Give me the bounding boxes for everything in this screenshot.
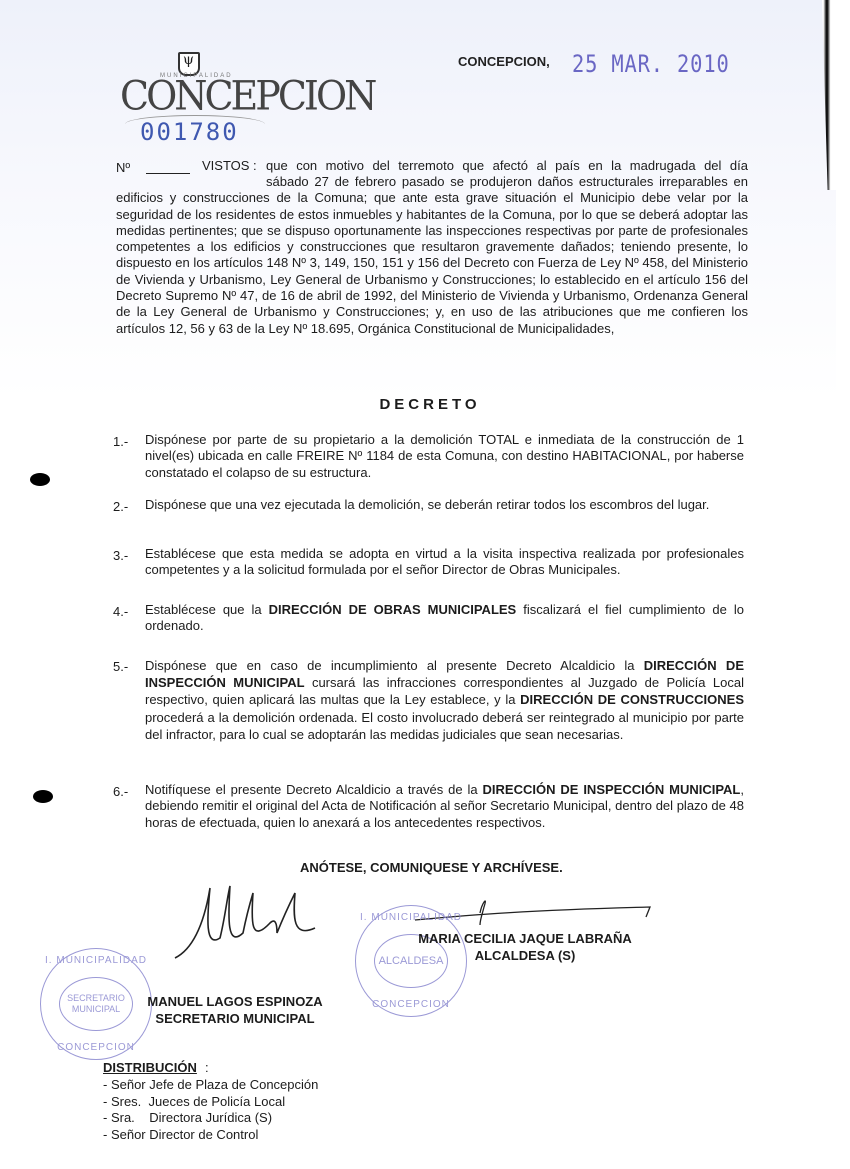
- mayor-block: MARIA CECILIA JAQUE LABRAÑA ALCALDESA (S…: [405, 930, 645, 964]
- decreto-item-text: Dispónese que en caso de incumplimiento …: [145, 657, 744, 743]
- seal-top-text: I. MUNICIPALIDAD: [356, 912, 466, 923]
- distribution-item: - Sres. Jueces de Policía Local: [103, 1094, 318, 1111]
- number-label: Nº: [116, 160, 130, 175]
- decreto-item-text: Establécese que esta medida se adopta en…: [145, 546, 744, 579]
- seal-top-text: I. MUNICIPALIDAD: [41, 955, 151, 966]
- date-stamp: 25 MAR. 2010: [572, 50, 730, 78]
- vistos-label: VISTOS :: [202, 158, 257, 173]
- mayor-name: MARIA CECILIA JAQUE LABRAÑA: [405, 930, 645, 947]
- decreto-title: DECRETO: [0, 396, 850, 413]
- hole-punch: [30, 473, 50, 486]
- document-number-stamp: 001780: [140, 118, 239, 146]
- decreto-item-text: Establécese que la DIRECCIÓN DE OBRAS MU…: [145, 602, 744, 635]
- seal-bottom-text: CONCEPCION: [356, 999, 466, 1010]
- decreto-item-number: 3.-: [113, 548, 128, 563]
- city-label: CONCEPCION,: [458, 54, 550, 69]
- secretary-title: SECRETARIO MUNICIPAL: [135, 1010, 335, 1027]
- distribution-colon: :: [205, 1060, 209, 1075]
- decreto-item-number: 2.-: [113, 499, 128, 514]
- decreto-item-number: 4.-: [113, 604, 128, 619]
- distribution-list: - Señor Jefe de Plaza de Concepción- Sre…: [103, 1077, 318, 1143]
- distribution-title: DISTRIBUCIÓN: [103, 1060, 197, 1075]
- seal-center: SECRETARIO MUNICIPAL: [59, 977, 133, 1031]
- mayor-title: ALCALDESA (S): [405, 947, 645, 964]
- secretary-block: MANUEL LAGOS ESPINOZA SECRETARIO MUNICIP…: [135, 993, 335, 1027]
- vistos-body: sábado 27 de febrero pasado se produjero…: [116, 174, 748, 337]
- distribution-item: - Señor Director de Control: [103, 1127, 318, 1144]
- vistos-first-line: que con motivo del terremoto que afectó …: [266, 158, 748, 173]
- decreto-item-text: Dispónese por parte de su propietario a …: [145, 432, 744, 481]
- scan-edge-shadow: [822, 0, 836, 190]
- decreto-item-number: 5.-: [113, 659, 128, 674]
- decreto-item-number: 1.-: [113, 434, 128, 449]
- hole-punch: [33, 790, 53, 803]
- closing-formula: ANÓTESE, COMUNIQUESE Y ARCHÍVESE.: [300, 860, 563, 875]
- secretary-name: MANUEL LAGOS ESPINOZA: [135, 993, 335, 1010]
- secretary-signature-icon: [165, 878, 335, 968]
- seal-bottom-text: CONCEPCION: [41, 1042, 151, 1053]
- distribution-item: - Señor Jefe de Plaza de Concepción: [103, 1077, 318, 1094]
- decreto-item-text: Notifíquese el presente Decreto Alcaldic…: [145, 782, 744, 831]
- decreto-item-number: 6.-: [113, 784, 128, 799]
- document-page: MUNICIPALIDAD CONCEPCION 001780 CONCEPCI…: [0, 0, 836, 1169]
- logo-concepcion: CONCEPCION: [120, 73, 374, 119]
- seal-center-text: SECRETARIO MUNICIPAL: [60, 993, 132, 1015]
- decreto-item-text: Dispónese que una vez ejecutada la demol…: [145, 497, 744, 513]
- distribution-item: - Sra. Directora Jurídica (S): [103, 1110, 318, 1127]
